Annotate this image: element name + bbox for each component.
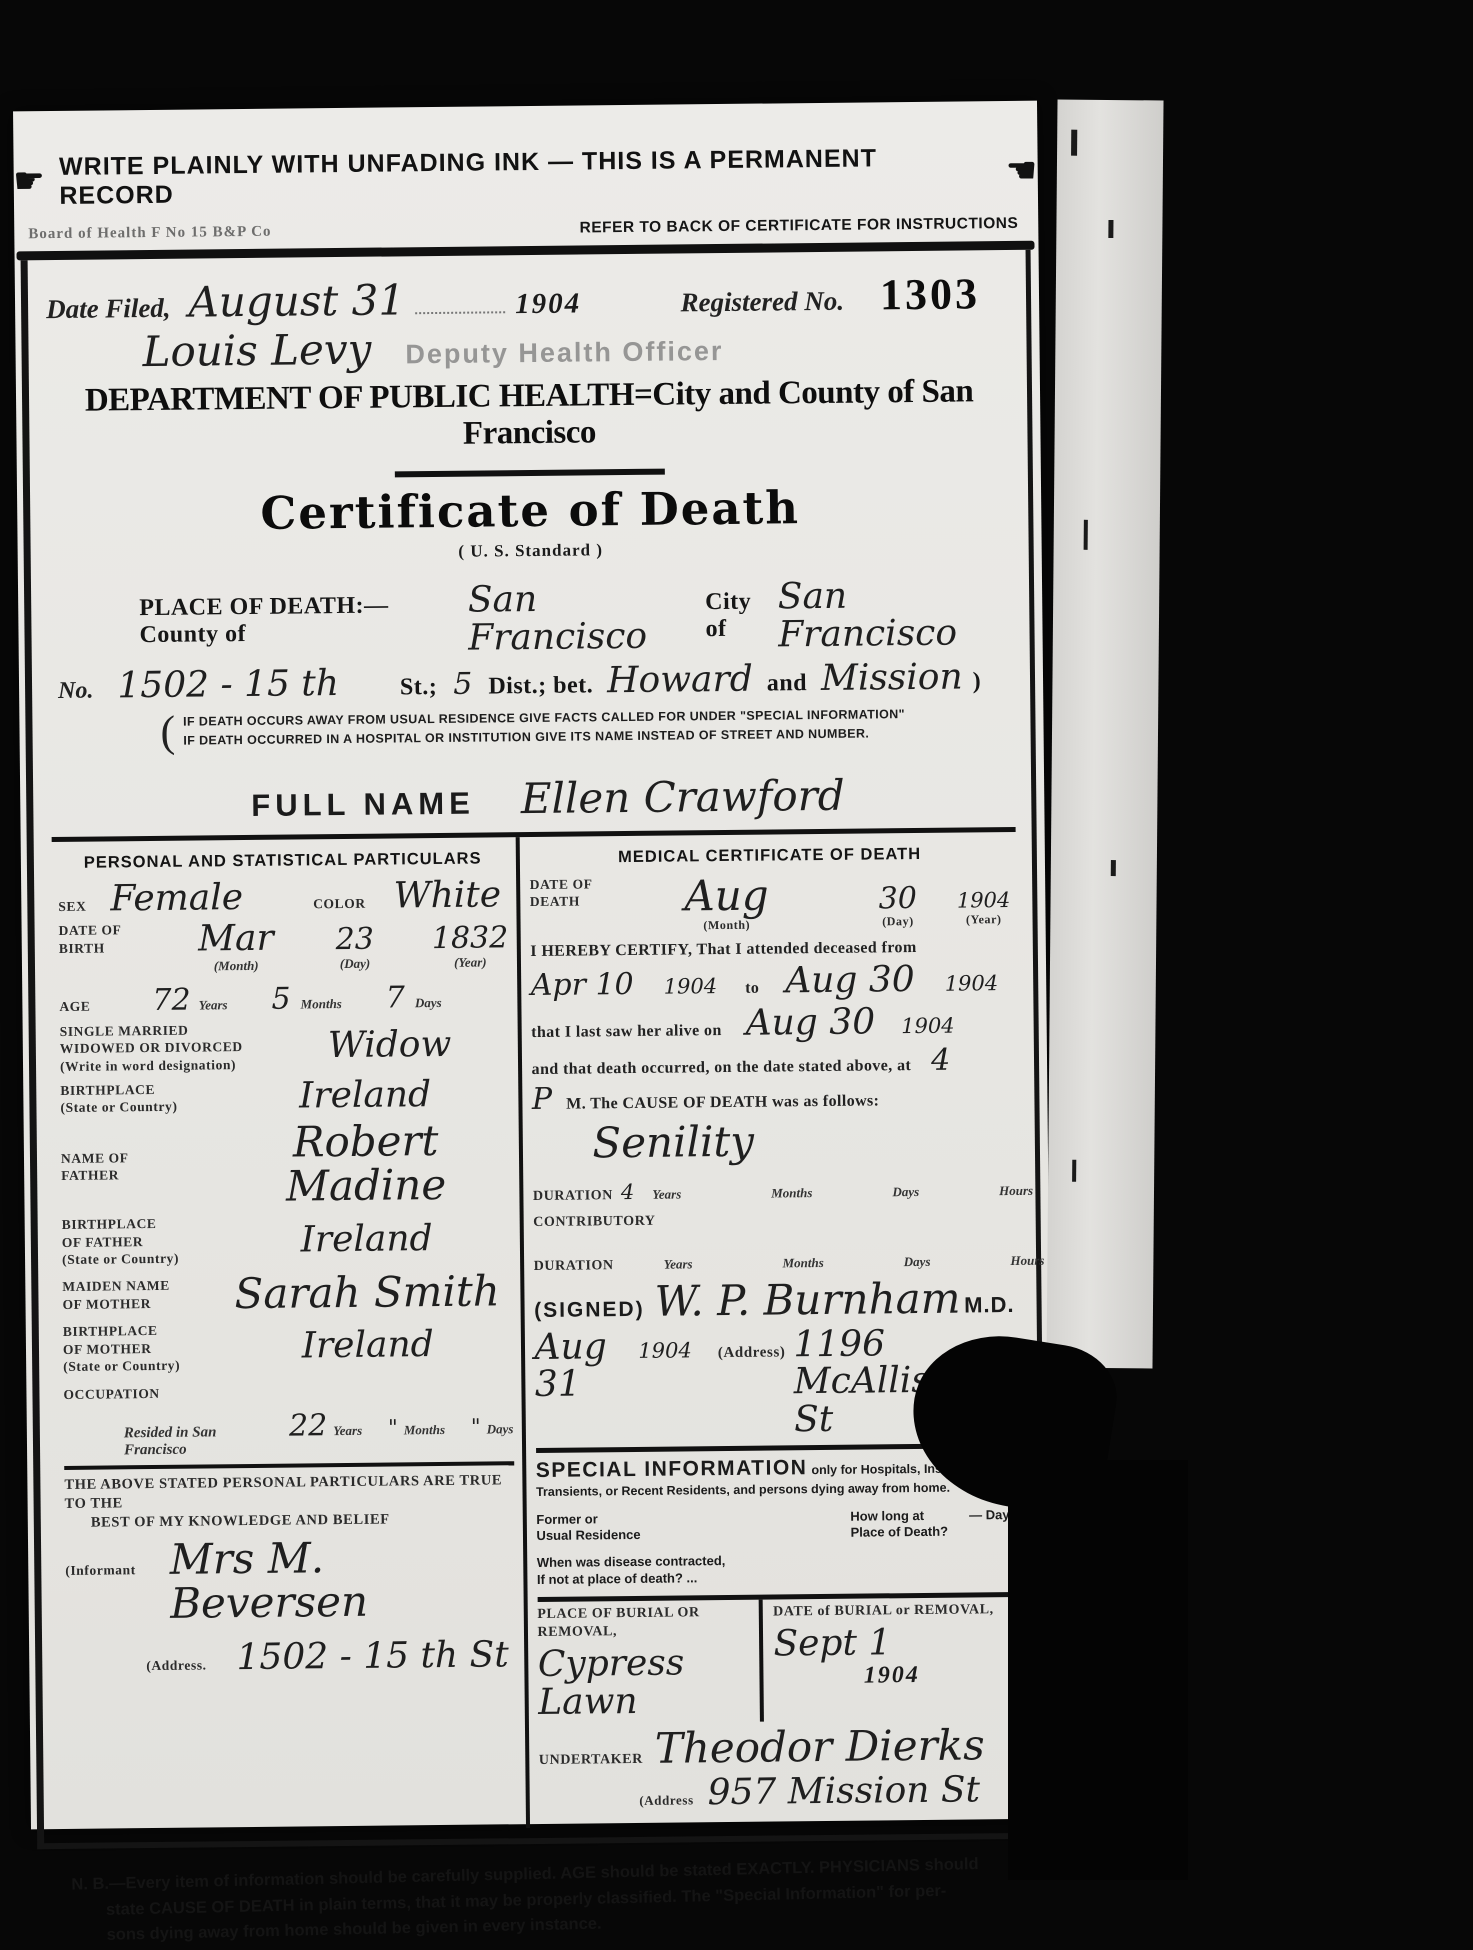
father-bp-label-3: (State or Country) [62, 1251, 179, 1267]
attended-from-value: Apr 10 [531, 969, 634, 1002]
marital-label-3: (Write in word designation) [60, 1057, 236, 1074]
informant-address-row: (Address. 1502 - 15 th St [146, 1636, 516, 1678]
disease-contracted-note: When was disease contracted, If not at p… [537, 1550, 1018, 1589]
statement-line-1: THE ABOVE STATED PERSONAL PARTICULARS AR… [64, 1471, 514, 1513]
death-occurred-label: and that death occurred, on the date sta… [532, 1057, 912, 1079]
sex-value: Female [110, 879, 243, 918]
duration2-months-caption: Months [782, 1255, 823, 1271]
mother-bp-value: Ireland [223, 1326, 513, 1367]
informant-value: Mrs M. Beversen [169, 1534, 515, 1626]
residence-howlong-row: Former or Usual Residence How long at Pl… [536, 1507, 1017, 1546]
cause-of-death-label: M. The CAUSE OF DEATH was as follows: [566, 1093, 879, 1114]
mother-bp-label-2: OF MOTHER [63, 1341, 152, 1357]
age-years-value: 72 [152, 985, 191, 1017]
st-label: St.; [400, 674, 438, 701]
instruction-line-2: IF DEATH OCCURRED IN A HOSPITAL OR INSTI… [183, 726, 869, 747]
contracted-line-1: When was disease contracted, [537, 1553, 726, 1570]
film-edge-mark [1072, 1160, 1076, 1182]
undertaker-address-label: (Address [639, 1793, 694, 1810]
resided-months-value: " [388, 1417, 398, 1439]
occupation-field: OCCUPATION [63, 1381, 513, 1403]
age-row: AGE 72 Years 5 Months 7 Days [59, 981, 509, 1017]
dod-label: DATE OF DEATH [530, 875, 629, 911]
place-of-death-row: PLACE OF DEATH:—County of San Francisco … [139, 576, 1014, 661]
resided-days-value: " [471, 1416, 481, 1438]
undertaker-address-row: (Address 957 Mission St [639, 1771, 1020, 1813]
to-label: to [745, 980, 759, 998]
statement-divider [64, 1461, 514, 1470]
duration2-years-caption: Years [664, 1257, 693, 1273]
mother-birthplace-field: BIRTHPLACE OF MOTHER (State or Country) … [63, 1318, 513, 1375]
date-filed-row: Date Filed, August 31 1904 Registered No… [46, 268, 1010, 329]
father-bp-label-2: OF FATHER [62, 1234, 143, 1250]
personal-particulars-column: PERSONAL AND STATISTICAL PARTICULARS SEX… [52, 837, 530, 1833]
father-name-field: NAME OF FATHER Robert Madine [61, 1118, 511, 1211]
medical-certificate-column: MEDICAL CERTIFICATE OF DEATH DATE OF DEA… [519, 832, 1026, 1829]
film-edge-mark [1084, 520, 1088, 550]
marital-label-2: WIDOWED OR DIVORCED [60, 1039, 243, 1056]
certificate-title: Certificate of Death [48, 479, 1013, 542]
age-days-caption: Days [415, 995, 442, 1011]
resided-days-caption: Days [487, 1421, 514, 1437]
father-bp-value: Ireland [222, 1219, 512, 1260]
howlong-label-2: Place of Death? [850, 1524, 948, 1540]
dob-month-value: Mar [198, 918, 274, 960]
dob-month-caption: (Month) [198, 958, 274, 975]
color-value: White [393, 876, 501, 915]
mother-bp-label-3: (State or Country) [63, 1358, 180, 1374]
duration1-value: 4 [621, 1181, 635, 1203]
department-title: DEPARTMENT OF PUBLIC HEALTH=City and Cou… [47, 373, 1012, 457]
age-months-caption: Months [301, 996, 342, 1012]
full-name-label: FULL NAME [251, 786, 475, 824]
undertaker-label: UNDERTAKER [539, 1751, 643, 1770]
cause-value-row: Senility [592, 1117, 1013, 1165]
color-label: COLOR [313, 894, 366, 912]
attended-to-year: 1904 [945, 972, 999, 995]
clerk-title-stamp: Deputy Health Officer [405, 336, 723, 370]
banner: ☛ WRITE PLAINLY WITH UNFADING INK — THIS… [13, 101, 1038, 212]
mother-label-2: OF MOTHER [62, 1296, 151, 1312]
city-label: City of [705, 589, 772, 644]
age-months-value: 5 [271, 984, 290, 1016]
resided-years-caption: Years [333, 1423, 362, 1439]
duration1-years-caption: Years [652, 1186, 681, 1202]
attended-to-value: Aug 30 [785, 961, 915, 1000]
date-filed-label: Date Filed, [46, 293, 171, 325]
date-filed-value: August 31 [188, 278, 405, 324]
film-edge-mark [1071, 130, 1077, 156]
refer-to-back-note: REFER TO BACK OF CERTIFICATE FOR INSTRUC… [579, 215, 1018, 238]
birthplace-value: Ireland [220, 1076, 510, 1117]
attended-dates-row: Apr 10 1904 to Aug 30 1904 [531, 960, 1012, 1003]
md-label: M.D. [964, 1292, 1015, 1319]
former-label-2: Usual Residence [536, 1527, 640, 1543]
certificate-box: Date Filed, August 31 1904 Registered No… [21, 250, 1048, 1849]
dob-label: DATE OF BIRTH [59, 921, 145, 957]
place-of-burial-cell: PLACE OF BURIAL OR REMOVAL, Cypress Lawn [537, 1600, 764, 1724]
and-label: and [767, 670, 807, 697]
signed-address-label: (Address) [718, 1343, 786, 1363]
two-column-section: PERSONAL AND STATISTICAL PARTICULARS SEX… [52, 827, 1026, 1833]
undertaker-address-value: 957 Mission St [707, 1772, 980, 1813]
registered-no-value: 1303 [880, 268, 981, 320]
burial-row: PLACE OF BURIAL OR REMOVAL, Cypress Lawn… [537, 1592, 1019, 1724]
last-saw-year: 1904 [901, 1015, 955, 1038]
age-years-caption: Years [199, 997, 228, 1013]
county-value: San Francisco [468, 579, 704, 657]
mother-bp-label-1: BIRTHPLACE [63, 1323, 158, 1339]
sex-color-row: SEX Female COLOR White [58, 876, 508, 919]
duration2-days-caption: Days [904, 1254, 931, 1270]
dod-year-value: 1904 [957, 888, 1011, 913]
place-of-burial-label: PLACE OF BURIAL OR REMOVAL, [537, 1604, 755, 1643]
duration1-days-caption: Days [892, 1184, 919, 1200]
resided-months-caption: Months [404, 1422, 445, 1438]
signed-date-year: 1904 [638, 1339, 692, 1362]
duration2-hours-caption: Hours [1010, 1253, 1044, 1269]
cause-label-row: P M. The CAUSE OF DEATH was as follows: [532, 1079, 1013, 1116]
informant-address-value: 1502 - 15 th St [236, 1636, 509, 1677]
dod-year-caption: (Year) [957, 912, 1011, 928]
resided-row: Resided in San Francisco 22 Years " Mont… [124, 1408, 514, 1459]
signed-date-value: Aug 31 [534, 1328, 619, 1404]
father-bp-label-1: BIRTHPLACE [62, 1216, 157, 1232]
medical-title: MEDICAL CERTIFICATE OF DEATH [529, 844, 1010, 868]
district-value: 5 [453, 668, 472, 700]
age-days-value: 7 [386, 983, 405, 1015]
birthplace-label-2: (State or Country) [60, 1099, 177, 1115]
street-no-value: 1502 - 15 th [117, 665, 339, 705]
certify-text: I HEREBY CERTIFY, That I attended deceas… [530, 938, 1011, 961]
last-saw-label: that I last saw her alive on [531, 1022, 722, 1042]
street-no-label: No. [58, 677, 94, 704]
age-label: AGE [59, 998, 90, 1016]
father-label-2: FATHER [61, 1168, 119, 1184]
film-edge-strip [1046, 100, 1163, 1369]
attended-from-year: 1904 [664, 975, 718, 998]
marital-status-field: SINGLE MARRIED WIDOWED OR DIVORCED (Writ… [60, 1018, 510, 1075]
date-filed-year: 1904 [515, 287, 581, 321]
special-information-title: SPECIAL INFORMATION [536, 1456, 808, 1482]
duration1-label: DURATION [533, 1187, 613, 1206]
full-name-value: Ellen Crawford [521, 774, 845, 821]
father-birthplace-field: BIRTHPLACE OF FATHER (State or Country) … [62, 1212, 512, 1269]
duration1-months-caption: Months [771, 1185, 812, 1201]
mother-name-field: MAIDEN NAME OF MOTHER Sarah Smith [62, 1269, 512, 1318]
banner-text: WRITE PLAINLY WITH UNFADING INK — THIS I… [59, 143, 993, 211]
duration1-hours-caption: Hours [999, 1183, 1033, 1199]
cause-of-death-value: Senility [592, 1117, 754, 1168]
howlong-label-1: How long at [850, 1507, 924, 1523]
last-saw-row: that I last saw her alive on Aug 30 1904 [531, 1002, 1012, 1045]
informant-label: (Informant [65, 1561, 136, 1579]
father-label-1: NAME OF [61, 1150, 129, 1166]
dist-bet-label: Dist.; bet. [488, 672, 593, 700]
instruction-line-1: IF DEATH OCCURS AWAY FROM USUAL RESIDENC… [183, 707, 905, 729]
date-of-burial-label: DATE of BURIAL or REMOVAL, [773, 1601, 1018, 1622]
dob-day-value: 23 [336, 922, 375, 957]
film-edge-mark [1108, 220, 1113, 238]
dotted-line [415, 297, 505, 314]
pointing-hand-left-icon: ☚ [1006, 158, 1038, 186]
informant-address-label: (Address. [146, 1656, 206, 1674]
dod-day-value: 30 [878, 881, 917, 916]
dob-day-caption: (Day) [336, 956, 374, 972]
clerk-row: Louis Levy Deputy Health Officer [142, 321, 1010, 374]
last-saw-value: Aug 30 [745, 1003, 875, 1042]
personal-title: PERSONAL AND STATISTICAL PARTICULARS [58, 849, 508, 873]
signed-value: W. P. Burnham [654, 1276, 960, 1323]
place-of-death-label: PLACE OF DEATH:—County of [139, 592, 462, 649]
close-paren: ) [973, 668, 982, 695]
contributory-label: CONTRIBUTORY [533, 1209, 1014, 1232]
film-edge-mark [1111, 860, 1116, 876]
marital-value: Widow [270, 1025, 510, 1065]
marital-label-1: SINGLE MARRIED [60, 1022, 189, 1038]
dob-year-value: 1832 [432, 921, 509, 957]
meridiem-value: P [532, 1084, 553, 1116]
resided-label: Resided in San Francisco [124, 1424, 282, 1460]
mother-value: Sarah Smith [222, 1269, 512, 1316]
former-label-1: Former or [536, 1511, 598, 1527]
statement-line-2: BEST OF MY KNOWLEDGE AND BELIEF [91, 1509, 515, 1532]
full-name-row: FULL NAME Ellen Crawford [251, 772, 1015, 824]
signed-row: (SIGNED) W. P. Burnham M.D. [534, 1276, 1015, 1325]
mother-label-1: MAIDEN NAME [62, 1278, 170, 1294]
pointing-hand-right-icon: ☛ [14, 168, 46, 196]
undertaker-row: UNDERTAKER Theodor Dierks [539, 1723, 1020, 1772]
form-reference: Board of Health F No 15 B&P Co [28, 224, 271, 244]
duration-row-1: DURATION 4 Years Months Days Hours [533, 1177, 1014, 1206]
date-of-death-row: DATE OF DEATH Aug (Month) 30 (Day) 1904 … [530, 871, 1011, 936]
clerk-signature: Louis Levy [142, 328, 371, 374]
place-of-burial-value: Cypress Lawn [538, 1644, 757, 1722]
date-of-burial-cell: DATE of BURIAL or REMOVAL, Sept 1 1904 [763, 1597, 1019, 1722]
informant-row: (Informant Mrs M. Beversen [65, 1534, 515, 1627]
city-value: San Francisco [778, 576, 1014, 654]
signed-label: (SIGNED) [534, 1297, 645, 1322]
dob-year-caption: (Year) [432, 954, 509, 971]
between-first-value: Howard [607, 660, 753, 699]
contracted-line-2: If not at place of death? ... [537, 1571, 697, 1588]
birthplace-label-1: BIRTHPLACE [60, 1082, 155, 1098]
death-hour-value: 4 [931, 1045, 950, 1077]
undertaker-value: Theodor Dierks [655, 1723, 985, 1771]
duration2-label: DURATION [534, 1258, 614, 1277]
open-paren: ( [160, 706, 175, 757]
dod-day-caption: (Day) [879, 914, 917, 930]
dark-corner [1008, 1460, 1188, 1880]
registered-no-label: Registered No. [680, 286, 844, 319]
occupation-label: OCCUPATION [63, 1384, 223, 1403]
dod-month-value: Aug [684, 870, 769, 920]
sex-label: SEX [58, 897, 86, 915]
resided-years-value: 22 [289, 1410, 328, 1442]
between-second-value: Mission [821, 658, 963, 697]
father-value: Robert Madine [221, 1118, 511, 1209]
date-of-burial-value: Sept 1 [773, 1623, 891, 1665]
death-occurred-row: and that death occurred, on the date sta… [531, 1044, 1012, 1081]
birthplace-field: BIRTHPLACE (State or Country) Ireland [60, 1076, 510, 1119]
residence-instruction-note: ( IF DEATH OCCURS AWAY FROM USUAL RESIDE… [160, 697, 1014, 757]
date-of-burial-year: 1904 [864, 1662, 920, 1689]
title-divider [395, 469, 665, 478]
certificate-document: ☛ WRITE PLAINLY WITH UNFADING INK — THIS… [13, 101, 1055, 1830]
date-of-birth-row: DATE OF BIRTH Mar (Month) 23 (Day) 1832 … [59, 918, 509, 977]
